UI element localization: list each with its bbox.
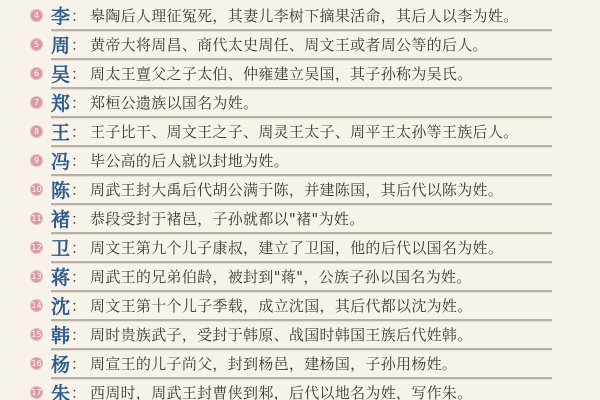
list-item: 11 褚 ： 恭段受封于褚邑，子孙就都以"褚"为姓。 bbox=[30, 204, 552, 233]
list-item: 14 沈 ： 周文王第十个儿子季载，成立沈国，其后代都以沈为姓。 bbox=[30, 291, 552, 320]
list-item: 9 冯 ： 毕公高的后人就以封地为姓。 bbox=[30, 146, 552, 175]
surname-char: 郑 bbox=[51, 89, 69, 116]
surname-char: 褚 bbox=[51, 205, 69, 232]
colon: ： bbox=[71, 179, 86, 200]
number-badge: 6 bbox=[30, 67, 43, 80]
surname-char: 李 bbox=[51, 2, 69, 29]
origin-text: 毕公高的后人就以封地为姓。 bbox=[90, 150, 289, 171]
origin-text: 周时贵族武子，受封于韩原、战国时韩国王族后代姓韩。 bbox=[90, 324, 473, 345]
list-item: 13 蒋 ： 周武王的兄弟伯龄，被封到"蒋"，公族子孙以国名为姓。 bbox=[30, 262, 552, 291]
origin-text: 黄帝大将周昌、商代太史周任、周文王或者周公等的后人。 bbox=[90, 34, 488, 55]
surname-char: 朱 bbox=[51, 379, 69, 400]
number-badge: 7 bbox=[30, 96, 43, 109]
number-badge: 9 bbox=[30, 154, 43, 167]
colon: ： bbox=[71, 266, 86, 287]
origin-text: 周太王亶父之子太伯、仲雍建立吴国，其子孙称为吴氏。 bbox=[90, 63, 473, 84]
list-item: 5 周 ： 黄帝大将周昌、商代太史周任、周文王或者周公等的后人。 bbox=[30, 30, 552, 59]
origin-text: 周武王封大禹后代胡公满于陈，并建陈国，其后代以陈为姓。 bbox=[90, 179, 503, 200]
number-badge: 8 bbox=[30, 125, 43, 138]
colon: ： bbox=[71, 5, 86, 26]
list-item: 15 韩 ： 周时贵族武子，受封于韩原、战国时韩国王族后代姓韩。 bbox=[30, 320, 552, 349]
origin-text: 周宣王的儿子尚父，封到杨邑，建杨国，子孙用杨姓。 bbox=[90, 353, 457, 374]
surname-char: 冯 bbox=[51, 147, 69, 174]
number-badge: 12 bbox=[30, 241, 43, 254]
origin-text: 皋陶后人理征冤死，其妻儿李树下摘果活命，其后人以李为姓。 bbox=[90, 5, 518, 26]
surname-char: 卫 bbox=[51, 234, 69, 261]
origin-text: 西周时，周武王封曹侠到邾，后代以地名为姓，写作朱。 bbox=[90, 382, 473, 400]
number-badge: 16 bbox=[30, 357, 43, 370]
surname-char: 韩 bbox=[51, 321, 69, 348]
surname-char: 陈 bbox=[51, 176, 69, 203]
number-badge: 15 bbox=[30, 328, 43, 341]
colon: ： bbox=[71, 295, 86, 316]
list-item: 16 杨 ： 周宣王的儿子尚父，封到杨邑，建杨国，子孙用杨姓。 bbox=[30, 349, 552, 378]
origin-text: 恭段受封于褚邑，子孙就都以"褚"为姓。 bbox=[90, 208, 365, 229]
colon: ： bbox=[71, 34, 86, 55]
number-badge: 14 bbox=[30, 299, 43, 312]
list-item: 12 卫 ： 周文王第九个儿子康叔，建立了卫国，他的后代以国名为姓。 bbox=[30, 233, 552, 262]
colon: ： bbox=[71, 92, 86, 113]
origin-text: 周文王第九个儿子康叔，建立了卫国，他的后代以国名为姓。 bbox=[90, 237, 503, 258]
surname-char: 吴 bbox=[51, 60, 69, 87]
list-item: 17 朱 ： 西周时，周武王封曹侠到邾，后代以地名为姓，写作朱。 bbox=[30, 378, 552, 400]
list-item: 6 吴 ： 周太王亶父之子太伯、仲雍建立吴国，其子孙称为吴氏。 bbox=[30, 59, 552, 88]
surname-char: 蒋 bbox=[51, 263, 69, 290]
colon: ： bbox=[71, 382, 86, 400]
colon: ： bbox=[71, 324, 86, 345]
number-badge: 17 bbox=[30, 386, 43, 399]
list-item: 7 郑 ： 郑桓公遗族以国名为姓。 bbox=[30, 88, 552, 117]
number-badge: 10 bbox=[30, 183, 43, 196]
number-badge: 5 bbox=[30, 38, 43, 51]
list-item: 10 陈 ： 周武王封大禹后代胡公满于陈，并建陈国，其后代以陈为姓。 bbox=[30, 175, 552, 204]
origin-text: 王子比干、周文王之子、周灵王太子、周平王太孙等王族后人。 bbox=[90, 121, 518, 142]
number-badge: 13 bbox=[30, 270, 43, 283]
surname-char: 周 bbox=[51, 31, 69, 58]
colon: ： bbox=[71, 63, 86, 84]
surname-char: 沈 bbox=[51, 292, 69, 319]
colon: ： bbox=[71, 353, 86, 374]
number-badge: 4 bbox=[30, 9, 43, 22]
origin-text: 周文王第十个儿子季载，成立沈国，其后代都以沈为姓。 bbox=[90, 295, 473, 316]
number-badge: 11 bbox=[30, 212, 43, 225]
surname-char: 杨 bbox=[51, 350, 69, 377]
origin-text: 周武王的兄弟伯龄，被封到"蒋"，公族子孙以国名为姓。 bbox=[90, 266, 472, 287]
list-item: 4 李 ： 皋陶后人理征冤死，其妻儿李树下摘果活命，其后人以李为姓。 bbox=[30, 1, 552, 30]
colon: ： bbox=[71, 121, 86, 142]
origin-text: 郑桓公遗族以国名为姓。 bbox=[90, 92, 258, 113]
colon: ： bbox=[71, 237, 86, 258]
colon: ： bbox=[71, 208, 86, 229]
surname-char: 王 bbox=[51, 118, 69, 145]
list-item: 8 王 ： 王子比干、周文王之子、周灵王太子、周平王太孙等王族后人。 bbox=[30, 117, 552, 146]
colon: ： bbox=[71, 150, 86, 171]
